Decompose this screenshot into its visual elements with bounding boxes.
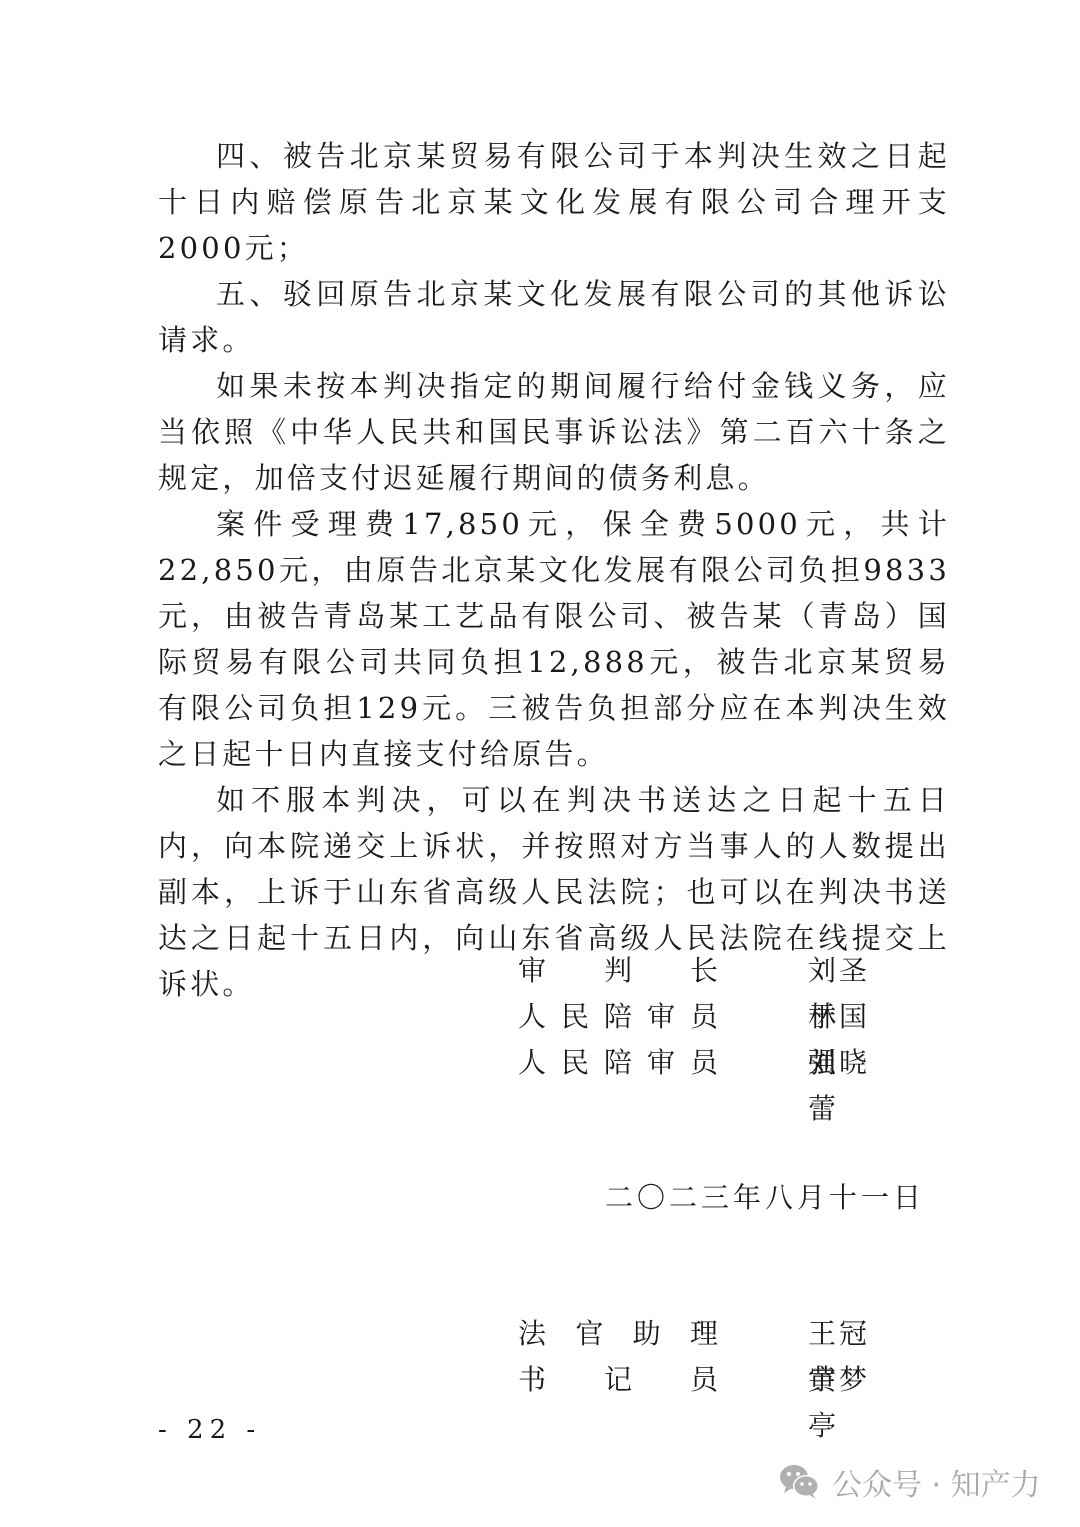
judicial-panel: 审 判 长 刘圣林 人 民 陪 审 员 于国强 人 民 陪 审 员 xyxy=(518,948,898,1086)
paragraph-item-4: 四、被告北京某贸易有限公司于本判决生效之日起十日内赔偿原告北京某文化发展有限公司… xyxy=(158,133,950,271)
court-staff: 法 官 助 理 王冠宇 书 记 员 黄梦亭 xyxy=(518,1311,898,1403)
staff-row-judge-assistant: 法 官 助 理 王冠宇 xyxy=(518,1311,898,1357)
staff-row-clerk: 书 记 员 黄梦亭 xyxy=(518,1357,898,1403)
document-page: 四、被告北京某贸易有限公司于本判决生效之日起十日内赔偿原告北京某文化发展有限公司… xyxy=(0,0,1080,1527)
paragraph-item-5: 五、驳回原告北京某文化发展有限公司的其他诉讼请求。 xyxy=(158,271,950,363)
paragraph-court-fees: 案件受理费17,850元，保全费5000元，共计22,850元，由原告北京某文化… xyxy=(158,501,950,777)
panel-row-juror-1: 人 民 陪 审 员 于国强 xyxy=(518,994,898,1040)
person-name: 黄梦亭 xyxy=(808,1357,898,1449)
role-label: 人 民 陪 审 员 xyxy=(518,994,718,1040)
paragraph-late-payment: 如果未按本判决指定的期间履行给付金钱义务，应当依照《中华人民共和国民事诉讼法》第… xyxy=(158,363,950,501)
role-label: 人 民 陪 审 员 xyxy=(518,1040,718,1086)
role-label: 书 记 员 xyxy=(518,1357,718,1403)
judgment-date: 二〇二三年八月十一日 xyxy=(605,1175,925,1221)
role-label: 法 官 助 理 xyxy=(518,1311,718,1357)
watermark-text: 公众号 · 知产力 xyxy=(832,1460,1041,1504)
panel-row-juror-2: 人 民 陪 审 员 刘晓蕾 xyxy=(518,1040,898,1086)
person-name: 刘晓蕾 xyxy=(808,1040,898,1132)
role-label: 审 判 长 xyxy=(518,948,718,994)
wechat-icon xyxy=(778,1462,822,1502)
watermark: 公众号 · 知产力 xyxy=(778,1460,1041,1504)
judgment-body: 四、被告北京某贸易有限公司于本判决生效之日起十日内赔偿原告北京某文化发展有限公司… xyxy=(158,133,950,1007)
panel-row-presiding-judge: 审 判 长 刘圣林 xyxy=(518,948,898,994)
page-number: - 22 - xyxy=(158,1413,261,1447)
